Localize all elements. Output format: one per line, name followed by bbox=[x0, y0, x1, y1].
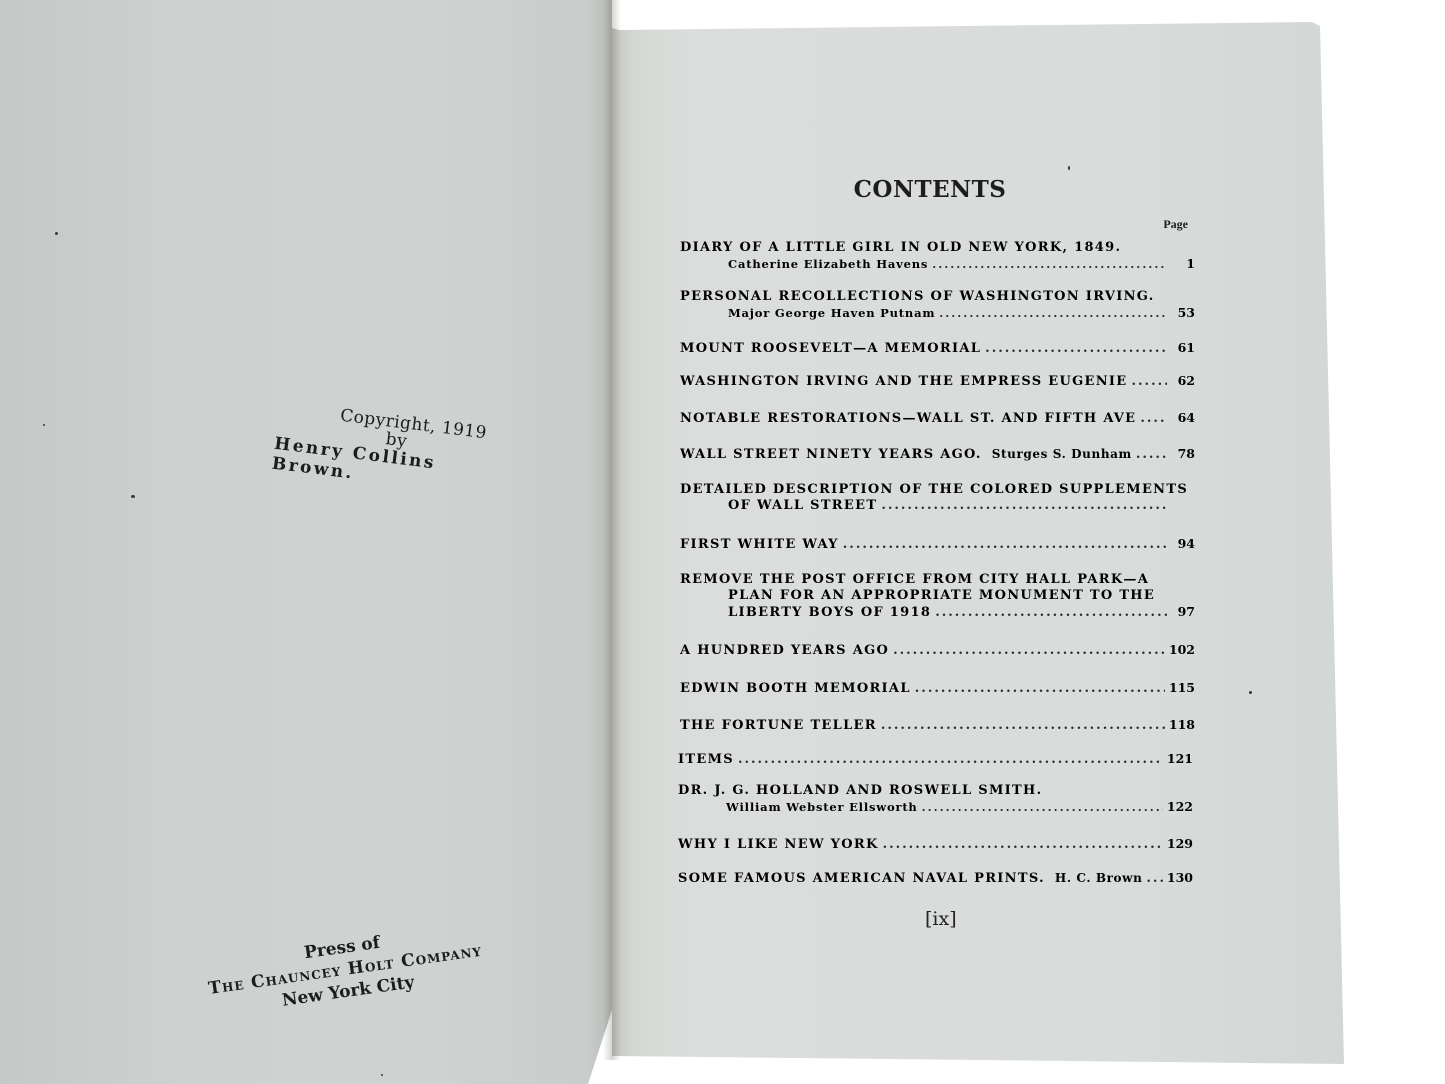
leader-dots bbox=[893, 643, 1165, 659]
toc-entry-row: NOTABLE RESTORATIONS—WALL ST. AND FIFTH … bbox=[680, 410, 1195, 427]
toc-entry-title: A HUNDRED YEARS AGO bbox=[680, 643, 889, 659]
table-of-contents: CONTENTS Page bbox=[678, 176, 1198, 232]
toc-entry-page: 64 bbox=[1171, 410, 1195, 426]
toc-entry-page: 130 bbox=[1167, 870, 1193, 886]
toc-entry-row: ITEMS121 bbox=[678, 751, 1193, 768]
toc-entry-continuation: OF WALL STREET bbox=[680, 498, 1195, 514]
book-gutter bbox=[603, 0, 621, 1060]
toc-entry-title: MOUNT ROOSEVELT—A MEMORIAL bbox=[680, 341, 981, 357]
leader-dots bbox=[883, 837, 1163, 853]
paper-speck bbox=[55, 232, 58, 235]
paper-speck bbox=[43, 424, 45, 426]
toc-entry-page: 115 bbox=[1169, 680, 1195, 696]
toc-entry-row: THE FORTUNE TELLER118 bbox=[680, 717, 1195, 734]
toc-entry-title: DIARY OF A LITTLE GIRL IN OLD NEW YORK, … bbox=[680, 240, 1121, 256]
left-page bbox=[0, 0, 612, 1084]
toc-entry-page: 102 bbox=[1169, 642, 1195, 658]
toc-entry-page: 129 bbox=[1167, 836, 1193, 852]
page-column-label: Page bbox=[678, 217, 1198, 232]
toc-entry-row: SOME FAMOUS AMERICAN NAVAL PRINTS.H. C. … bbox=[678, 870, 1193, 887]
toc-entry-page: 97 bbox=[1171, 604, 1195, 620]
leader-dots bbox=[932, 256, 1167, 272]
toc-entry-title: EDWIN BOOTH MEMORIAL bbox=[680, 681, 911, 697]
leader-dots bbox=[1140, 411, 1167, 427]
toc-entry-title-row: REMOVE THE POST OFFICE FROM CITY HALL PA… bbox=[680, 572, 1195, 588]
leader-dots bbox=[738, 752, 1163, 768]
toc-entry-page: 121 bbox=[1167, 751, 1193, 767]
toc-entry-continuation: PLAN FOR AN APPROPRIATE MONUMENT TO THE bbox=[680, 588, 1195, 604]
toc-entry-title: PERSONAL RECOLLECTIONS OF WASHINGTON IRV… bbox=[680, 289, 1155, 305]
paper-speck bbox=[381, 1074, 383, 1076]
toc-entry-title: WALL STREET NINETY YEARS AGO. bbox=[680, 447, 982, 463]
toc-entry-row: WALL STREET NINETY YEARS AGO.Sturges S. … bbox=[680, 446, 1195, 463]
toc-entry-title-cont: LIBERTY BOYS OF 1918 bbox=[728, 605, 931, 621]
toc-entry-title: WASHINGTON IRVING AND THE EMPRESS EUGENI… bbox=[680, 374, 1128, 390]
toc-entry-title: WHY I LIKE NEW YORK bbox=[678, 837, 879, 853]
toc-entry-row: WHY I LIKE NEW YORK129 bbox=[678, 836, 1193, 853]
toc-entry-page: 122 bbox=[1167, 799, 1193, 815]
page-number-folio: [ix] bbox=[925, 908, 957, 930]
paper-speck bbox=[1068, 166, 1070, 170]
toc-entry[interactable]: DIARY OF A LITTLE GIRL IN OLD NEW YORK, … bbox=[680, 240, 1195, 272]
toc-entry-title: SOME FAMOUS AMERICAN NAVAL PRINTS. bbox=[678, 871, 1045, 887]
toc-entry-title: DR. J. G. HOLLAND AND ROSWELL SMITH. bbox=[678, 783, 1042, 799]
toc-entry[interactable]: WASHINGTON IRVING AND THE EMPRESS EUGENI… bbox=[680, 373, 1195, 390]
toc-entry[interactable]: THE FORTUNE TELLER118 bbox=[680, 717, 1195, 734]
toc-entry-page: 53 bbox=[1171, 305, 1195, 321]
toc-entry-author: Sturges S. Dunham bbox=[992, 446, 1132, 462]
toc-entry-title: DETAILED DESCRIPTION OF THE COLORED SUPP… bbox=[680, 482, 1188, 498]
leader-dots bbox=[1136, 447, 1167, 463]
paper-speck bbox=[131, 495, 135, 498]
leader-dots bbox=[915, 681, 1165, 697]
toc-entry[interactable]: MOUNT ROOSEVELT—A MEMORIAL61 bbox=[680, 340, 1195, 357]
toc-entry[interactable]: PERSONAL RECOLLECTIONS OF WASHINGTON IRV… bbox=[680, 289, 1195, 321]
toc-entry-page: 118 bbox=[1169, 717, 1195, 733]
toc-entry-author: H. C. Brown bbox=[1055, 870, 1143, 886]
leader-dots bbox=[1132, 374, 1168, 390]
toc-entry-author: William Webster Ellsworth bbox=[726, 799, 918, 815]
paper-speck bbox=[1249, 691, 1252, 694]
toc-entry[interactable]: NOTABLE RESTORATIONS—WALL ST. AND FIFTH … bbox=[680, 410, 1195, 427]
toc-entry[interactable]: SOME FAMOUS AMERICAN NAVAL PRINTS.H. C. … bbox=[678, 870, 1193, 887]
toc-entry-title: NOTABLE RESTORATIONS—WALL ST. AND FIFTH … bbox=[680, 411, 1136, 427]
toc-entry-author: Catherine Elizabeth Havens bbox=[728, 256, 928, 272]
toc-entry-title: FIRST WHITE WAY bbox=[680, 537, 839, 553]
toc-entry-author-row: William Webster Ellsworth122 bbox=[678, 799, 1193, 815]
toc-entry[interactable]: EDWIN BOOTH MEMORIAL115 bbox=[680, 680, 1195, 697]
toc-entry-page: 61 bbox=[1171, 340, 1195, 356]
leader-dots bbox=[881, 718, 1165, 734]
toc-entry-row: A HUNDRED YEARS AGO102 bbox=[680, 642, 1195, 659]
leader-dots bbox=[939, 305, 1167, 321]
leader-dots bbox=[922, 799, 1163, 815]
toc-entry-continuation: LIBERTY BOYS OF 191897 bbox=[680, 604, 1195, 621]
toc-entry-author-row: Major George Haven Putnam53 bbox=[680, 305, 1195, 321]
toc-entry[interactable]: DR. J. G. HOLLAND AND ROSWELL SMITH.Will… bbox=[678, 783, 1193, 815]
toc-entry-page: 94 bbox=[1171, 536, 1195, 552]
toc-entry[interactable]: A HUNDRED YEARS AGO102 bbox=[680, 642, 1195, 659]
toc-entry[interactable]: WHY I LIKE NEW YORK129 bbox=[678, 836, 1193, 853]
toc-entry-title: ITEMS bbox=[678, 752, 734, 768]
toc-entry-page: 1 bbox=[1171, 256, 1195, 272]
leader-dots bbox=[935, 605, 1167, 621]
toc-entry-row: FIRST WHITE WAY94 bbox=[680, 536, 1195, 553]
right-page bbox=[612, 0, 1352, 1070]
toc-entry-title-cont: OF WALL STREET bbox=[728, 498, 877, 514]
toc-entry-title-cont: PLAN FOR AN APPROPRIATE MONUMENT TO THE bbox=[728, 588, 1155, 604]
toc-entry-title: REMOVE THE POST OFFICE FROM CITY HALL PA… bbox=[680, 572, 1149, 588]
toc-entry-row: MOUNT ROOSEVELT—A MEMORIAL61 bbox=[680, 340, 1195, 357]
toc-entry-page: 78 bbox=[1171, 446, 1195, 462]
leader-dots bbox=[881, 498, 1167, 514]
leader-dots bbox=[1146, 871, 1163, 887]
leader-dots bbox=[843, 537, 1167, 553]
toc-entry[interactable]: WALL STREET NINETY YEARS AGO.Sturges S. … bbox=[680, 446, 1195, 463]
toc-entry[interactable]: REMOVE THE POST OFFICE FROM CITY HALL PA… bbox=[680, 572, 1195, 621]
toc-entry-row: WASHINGTON IRVING AND THE EMPRESS EUGENI… bbox=[680, 373, 1195, 390]
toc-entry-title-row: DR. J. G. HOLLAND AND ROSWELL SMITH. bbox=[678, 783, 1193, 799]
contents-heading: CONTENTS bbox=[662, 176, 1198, 203]
leader-dots bbox=[985, 341, 1167, 357]
toc-entry[interactable]: ITEMS121 bbox=[678, 751, 1193, 768]
toc-entry-title: THE FORTUNE TELLER bbox=[680, 718, 877, 734]
toc-entry-author-row: Catherine Elizabeth Havens1 bbox=[680, 256, 1195, 272]
toc-entry-row: EDWIN BOOTH MEMORIAL115 bbox=[680, 680, 1195, 697]
toc-entry-title-row: DIARY OF A LITTLE GIRL IN OLD NEW YORK, … bbox=[680, 240, 1195, 256]
toc-entry[interactable]: FIRST WHITE WAY94 bbox=[680, 536, 1195, 553]
toc-entry-title-row: DETAILED DESCRIPTION OF THE COLORED SUPP… bbox=[680, 482, 1195, 498]
toc-entry-page: 62 bbox=[1171, 373, 1195, 389]
toc-entry-author: Major George Haven Putnam bbox=[728, 305, 935, 321]
toc-entry[interactable]: DETAILED DESCRIPTION OF THE COLORED SUPP… bbox=[680, 482, 1195, 514]
toc-entry-title-row: PERSONAL RECOLLECTIONS OF WASHINGTON IRV… bbox=[680, 289, 1195, 305]
